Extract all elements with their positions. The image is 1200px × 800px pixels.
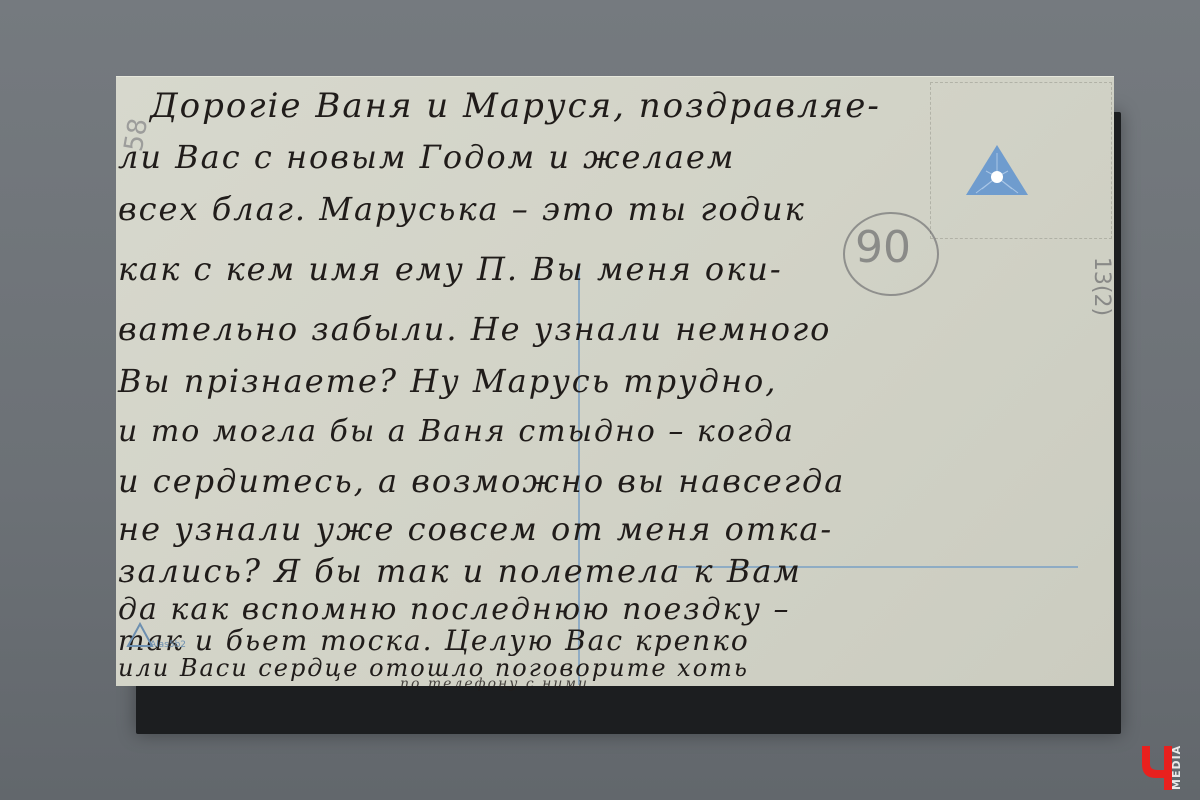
handwriting-line: по телефону с ними [400, 676, 589, 692]
handwriting-line: вательно забыли. Не узнали немного [118, 310, 831, 348]
circle-stamp-number: 90 [855, 222, 911, 273]
corner-code: Alas5b2 [150, 640, 186, 650]
handwriting-line: Вы прізнаете? Ну Марусь трудно, [118, 362, 777, 400]
handwriting-line: как с кем имя ему П. Вы меня оки- [118, 250, 783, 288]
triangle-stamp-icon [964, 143, 1030, 197]
handwriting-line: и то могла бы а Ваня стыдно – когда [118, 414, 795, 449]
handwriting-line: зались? Я бы так и полетела к Вам [118, 552, 802, 590]
media-logo-text: MEDIA [1170, 745, 1183, 790]
pencil-mark-right: 13(2) [1089, 257, 1114, 316]
handwriting-line: всех благ. Маруська – это ты годик [118, 190, 806, 228]
handwriting-line: Дорогіе Ваня и Маруся, поздравляе- [150, 86, 881, 126]
handwriting-line: не узнали уже совсем от меня отка- [118, 510, 833, 548]
handwriting-line: ли Вас с новым Годом и желаем [118, 138, 735, 176]
handwriting-line: да как вспомню последнюю поездку – [118, 592, 790, 627]
handwriting-line: и сердитесь, а возможно вы навсегда [118, 462, 845, 500]
handwriting-line: так и бьет тоска. Целую Вас крепко [118, 624, 750, 657]
